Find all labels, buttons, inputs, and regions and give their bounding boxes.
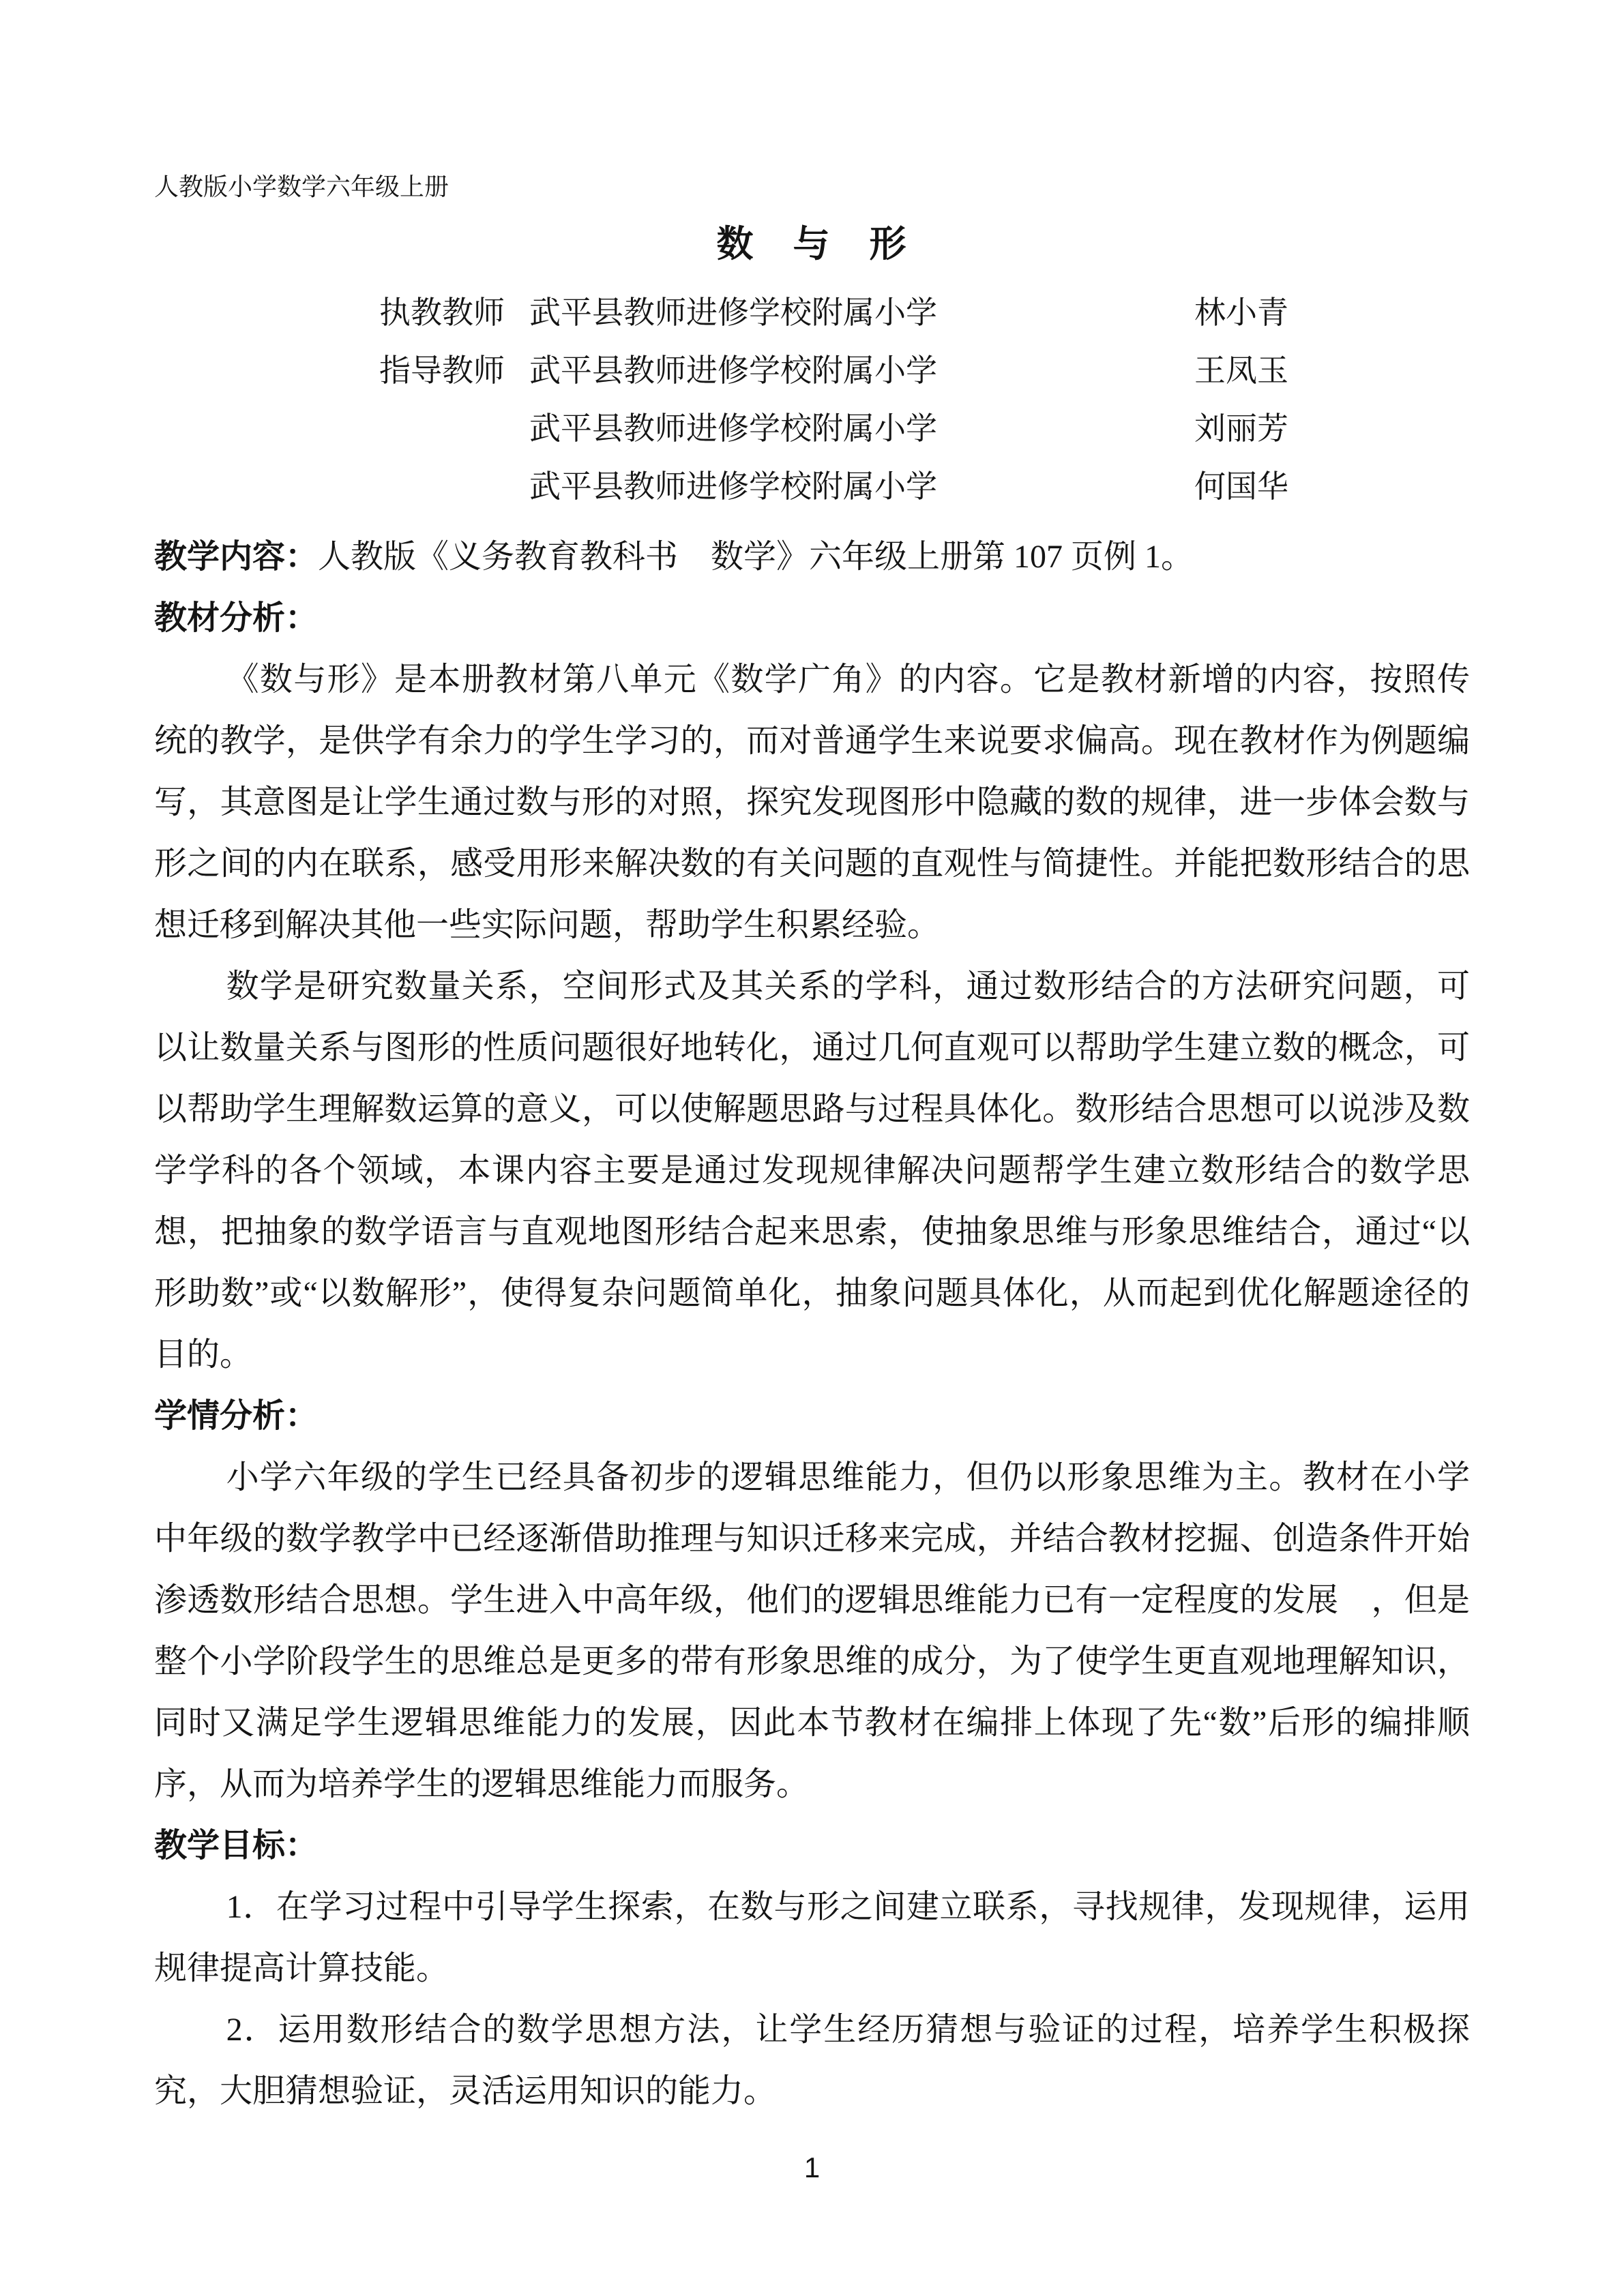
teacher-school: 武平县教师进修学校附属小学 <box>529 458 1194 516</box>
material-analysis-heading: 教材分析： <box>154 588 1470 649</box>
teacher-row: 指导教师 武平县教师进修学校附属小学 王凤玉 <box>379 342 1470 400</box>
teacher-name: 何国华 <box>1194 458 1470 516</box>
teacher-row: 武平县教师进修学校附属小学 刘丽芳 <box>379 400 1470 458</box>
teacher-name: 王凤玉 <box>1194 342 1470 400</box>
learner-analysis-heading: 学情分析： <box>154 1386 1470 1447</box>
teacher-school: 武平县教师进修学校附属小学 <box>529 400 1194 458</box>
document-page: 人教版小学数学六年级上册 数 与 形 执教教师 武平县教师进修学校附属小学 林小… <box>0 0 1624 2296</box>
document-content: 人教版小学数学六年级上册 数 与 形 执教教师 武平县教师进修学校附属小学 林小… <box>0 0 1624 2122</box>
teacher-name: 刘丽芳 <box>1194 400 1470 458</box>
teacher-row: 武平县教师进修学校附属小学 何国华 <box>379 458 1470 516</box>
document-title: 数 与 形 <box>154 222 1470 266</box>
teacher-role: 指导教师 <box>379 342 529 400</box>
material-analysis-paragraph-2: 数学是研究数量关系，空间形式及其关系的学科，通过数形结合的方法研究问题，可以让数… <box>154 956 1470 1386</box>
document-body: 教学内容：人教版《义务教育教科书 数学》六年级上册第 107 页例 1。 教材分… <box>154 526 1470 2122</box>
teacher-role: 执教教师 <box>379 284 529 342</box>
objectives-heading: 教学目标： <box>154 1815 1470 1877</box>
material-analysis-paragraph-1: 《数与形》是本册教材第八单元《数学广角》的内容。它是教材新增的内容，按照传统的教… <box>154 649 1470 956</box>
teacher-role <box>379 400 529 458</box>
teacher-school: 武平县教师进修学校附属小学 <box>529 284 1194 342</box>
teacher-role <box>379 458 529 516</box>
document-header-line: 人教版小学数学六年级上册 <box>154 172 1470 202</box>
learner-analysis-paragraph: 小学六年级的学生已经具备初步的逻辑思维能力，但仍以形象思维为主。教材在小学中年级… <box>154 1447 1470 1815</box>
teaching-content-text: 人教版《义务教育教科书 数学》六年级上册第 107 页例 1。 <box>318 539 1194 575</box>
teacher-school: 武平县教师进修学校附属小学 <box>529 342 1194 400</box>
teaching-content-line: 教学内容：人教版《义务教育教科书 数学》六年级上册第 107 页例 1。 <box>154 526 1470 588</box>
teacher-name: 林小青 <box>1194 284 1470 342</box>
teaching-content-label: 教学内容： <box>154 539 318 575</box>
objective-item-1: 1．在学习过程中引导学生探索，在数与形之间建立联系，寻找规律，发现规律，运用规律… <box>154 1877 1470 1999</box>
objective-item-2: 2．运用数形结合的数学思想方法，让学生经历猜想与验证的过程，培养学生积极探究，大… <box>154 1999 1470 2122</box>
page-number: 1 <box>0 2152 1624 2183</box>
teacher-row: 执教教师 武平县教师进修学校附属小学 林小青 <box>379 284 1470 342</box>
teacher-credits: 执教教师 武平县教师进修学校附属小学 林小青 指导教师 武平县教师进修学校附属小… <box>154 284 1470 516</box>
